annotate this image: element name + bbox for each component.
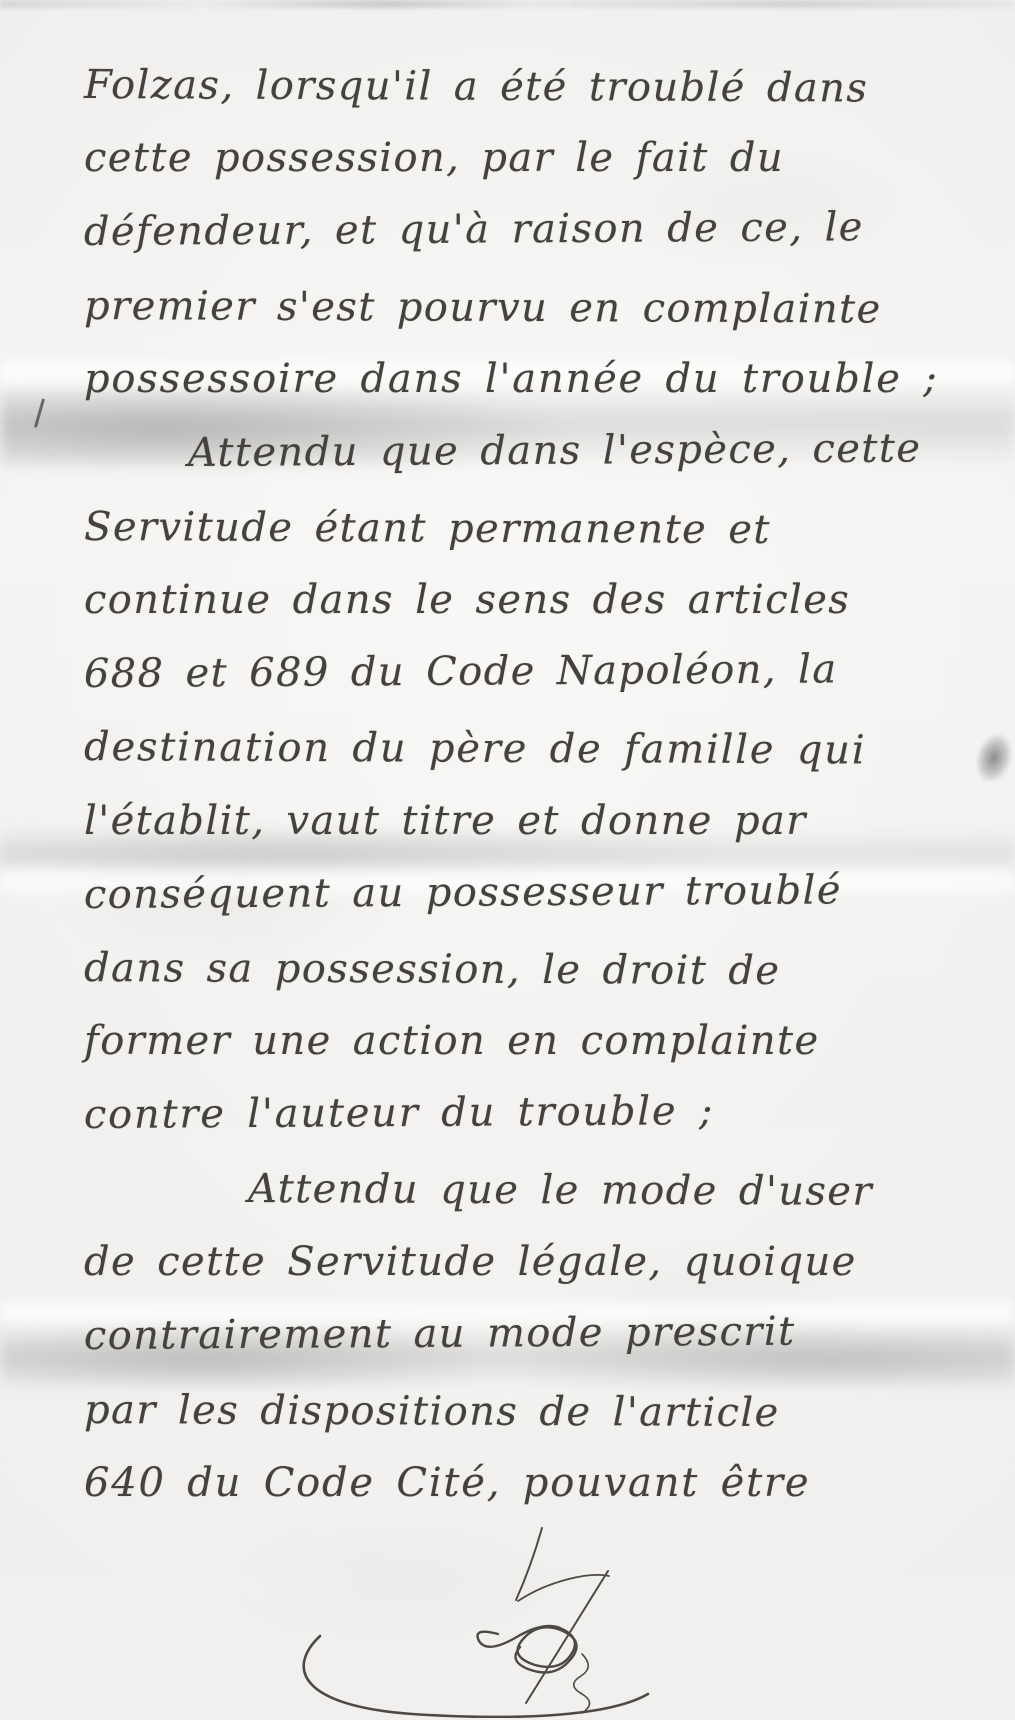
manuscript-line-15: contre l'auteur du trouble ; xyxy=(84,1059,991,1138)
manuscript-line-8: continue dans le sens des articles xyxy=(84,549,991,623)
stray-pen-mark xyxy=(34,398,45,428)
manuscript-line-16: Attendu que le mode d'user xyxy=(248,1138,991,1215)
manuscript-line-11: l'établit, vaut titre et donne par xyxy=(84,770,991,844)
manuscript-line-17: de cette Servitude légale, quoique xyxy=(84,1212,991,1286)
manuscript-line-9: 688 et 689 du Code Napoléon, la xyxy=(84,617,991,696)
manuscript-line-7: Servitude étant permanente et xyxy=(84,476,991,554)
manuscript-line-5: possessoire dans l'année du trouble ; xyxy=(84,328,991,402)
manuscript-line-3: défendeur, et qu'à raison de ce, le xyxy=(84,176,991,255)
manuscript-line-4: premier s'est pourvu en complainte xyxy=(84,255,991,333)
manuscript-line-14: former une action en complainte xyxy=(84,991,991,1065)
manuscript-line-13: dans sa possession, le droit de xyxy=(84,917,991,995)
handwritten-text: Folzas, lorsqu'il a été troublé danscett… xyxy=(84,34,991,1506)
manuscript-line-12: conséquent au possesseur troublé xyxy=(84,838,991,917)
manuscript-line-19: par les dispositions de l'article xyxy=(84,1359,991,1437)
manuscript-line-2: cette possession, par le fait du xyxy=(84,108,991,182)
manuscript-line-10: destination du père de famille qui xyxy=(84,696,991,774)
scan-edge-shadow xyxy=(0,0,1015,8)
manuscript-line-18: contrairement au mode prescrit xyxy=(84,1280,991,1359)
manuscript-line-20: 640 du Code Cité, pouvant être xyxy=(84,1432,991,1506)
signature-paraph xyxy=(262,1518,682,1718)
manuscript-line-1: Folzas, lorsqu'il a été troublé dans xyxy=(84,34,991,112)
manuscript-line-6: Attendu que dans l'espèce, cette xyxy=(188,397,991,475)
manuscript-page: Folzas, lorsqu'il a été troublé danscett… xyxy=(0,0,1015,1720)
